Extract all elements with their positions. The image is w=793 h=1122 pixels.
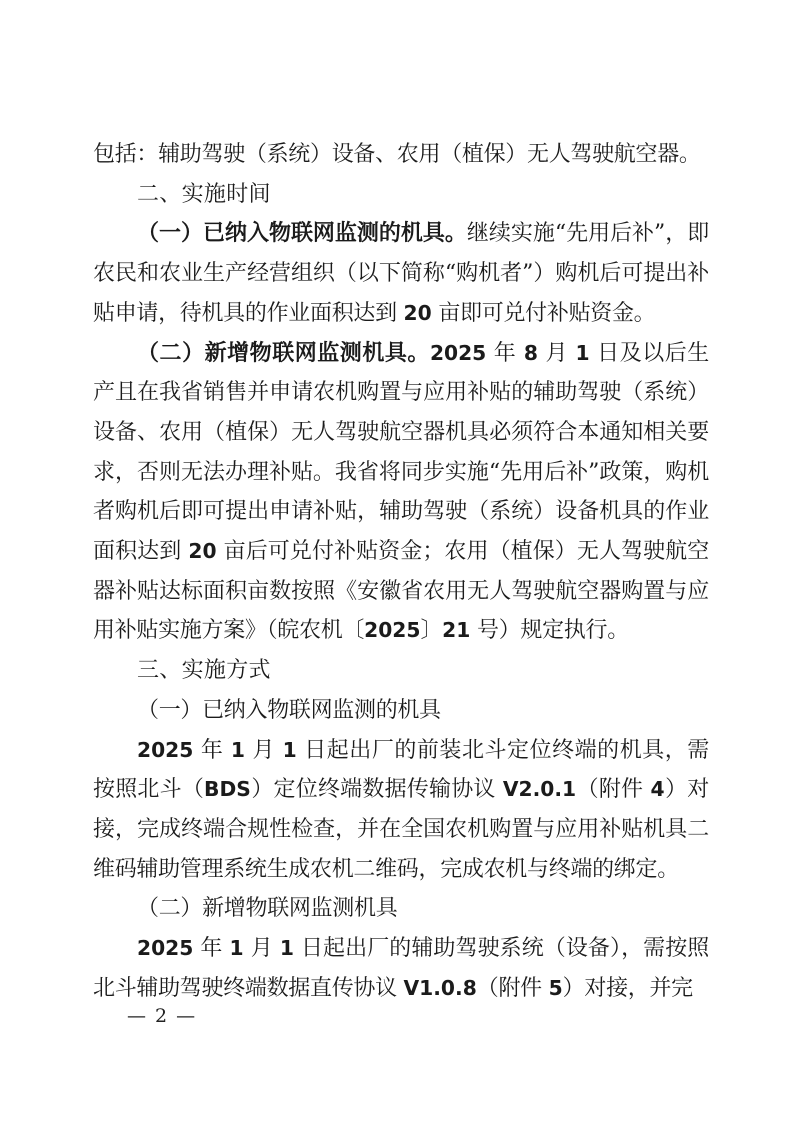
section3-heading: 三、实施方式 [93, 651, 709, 691]
latin-run: 20 [404, 301, 432, 325]
paragraph-section3-sub2: 2025 年 1 月 1 日起出厂的辅助驾驶系统（设备），需按照北斗辅助驾驶终端… [93, 929, 709, 1008]
paragraph-section3-sub1: 2025 年 1 月 1 日起出厂的前装北斗定位终端的机具，需按照北斗（BDS）… [93, 731, 709, 890]
latin-run: V1.0.8 [404, 976, 477, 1000]
section3-sub1-heading: （一）已纳入物联网监测的机具 [93, 691, 709, 731]
latin-run: 5 [549, 976, 563, 1000]
latin-run: 1 [576, 341, 590, 365]
section2-heading: 二、实施时间 [93, 175, 709, 215]
paragraph-intro: 包括：辅助驾驶（系统）设备、农用（植保）无人驾驶航空器。 [93, 135, 709, 175]
page-number: — 2 — [127, 1005, 197, 1027]
latin-run: 21 [442, 618, 470, 642]
section2-item1-lead: （一）已纳入物联网监测的机具。 [137, 220, 467, 246]
section3-sub2-heading: （二）新增物联网监测机具 [93, 889, 709, 929]
latin-run: BDS [204, 777, 251, 801]
document-page: 包括：辅助驾驶（系统）设备、农用（植保）无人驾驶航空器。 二、实施时间 （一）已… [0, 0, 793, 1122]
latin-run: 1 [280, 936, 294, 960]
latin-run: 2025 [364, 618, 420, 642]
section2-item2-lead: （二）新增物联网监测机具。 [137, 340, 430, 366]
latin-run: 2025 [137, 738, 193, 762]
latin-run: 2025 [430, 341, 486, 365]
latin-run: 4 [650, 777, 664, 801]
section2-item2-text: 2025 年 8 月 1 日及以后生产且在我省销售并申请农机购置与应用补贴的辅助… [93, 341, 709, 644]
latin-run: 8 [524, 341, 538, 365]
latin-run: 1 [230, 936, 244, 960]
latin-run: 20 [188, 539, 216, 563]
latin-run: 1 [231, 738, 245, 762]
latin-run: 2025 [137, 936, 193, 960]
document-body: 包括：辅助驾驶（系统）设备、农用（植保）无人驾驶航空器。 二、实施时间 （一）已… [93, 135, 709, 1008]
paragraph-section2-item1: （一）已纳入物联网监测的机具。继续实施“先用后补”，即农民和农业生产经营组织（以… [93, 214, 709, 333]
paragraph-section2-item2: （二）新增物联网监测机具。2025 年 8 月 1 日及以后生产且在我省销售并申… [93, 334, 709, 652]
latin-run: 1 [283, 738, 297, 762]
latin-run: V2.0.1 [503, 777, 576, 801]
